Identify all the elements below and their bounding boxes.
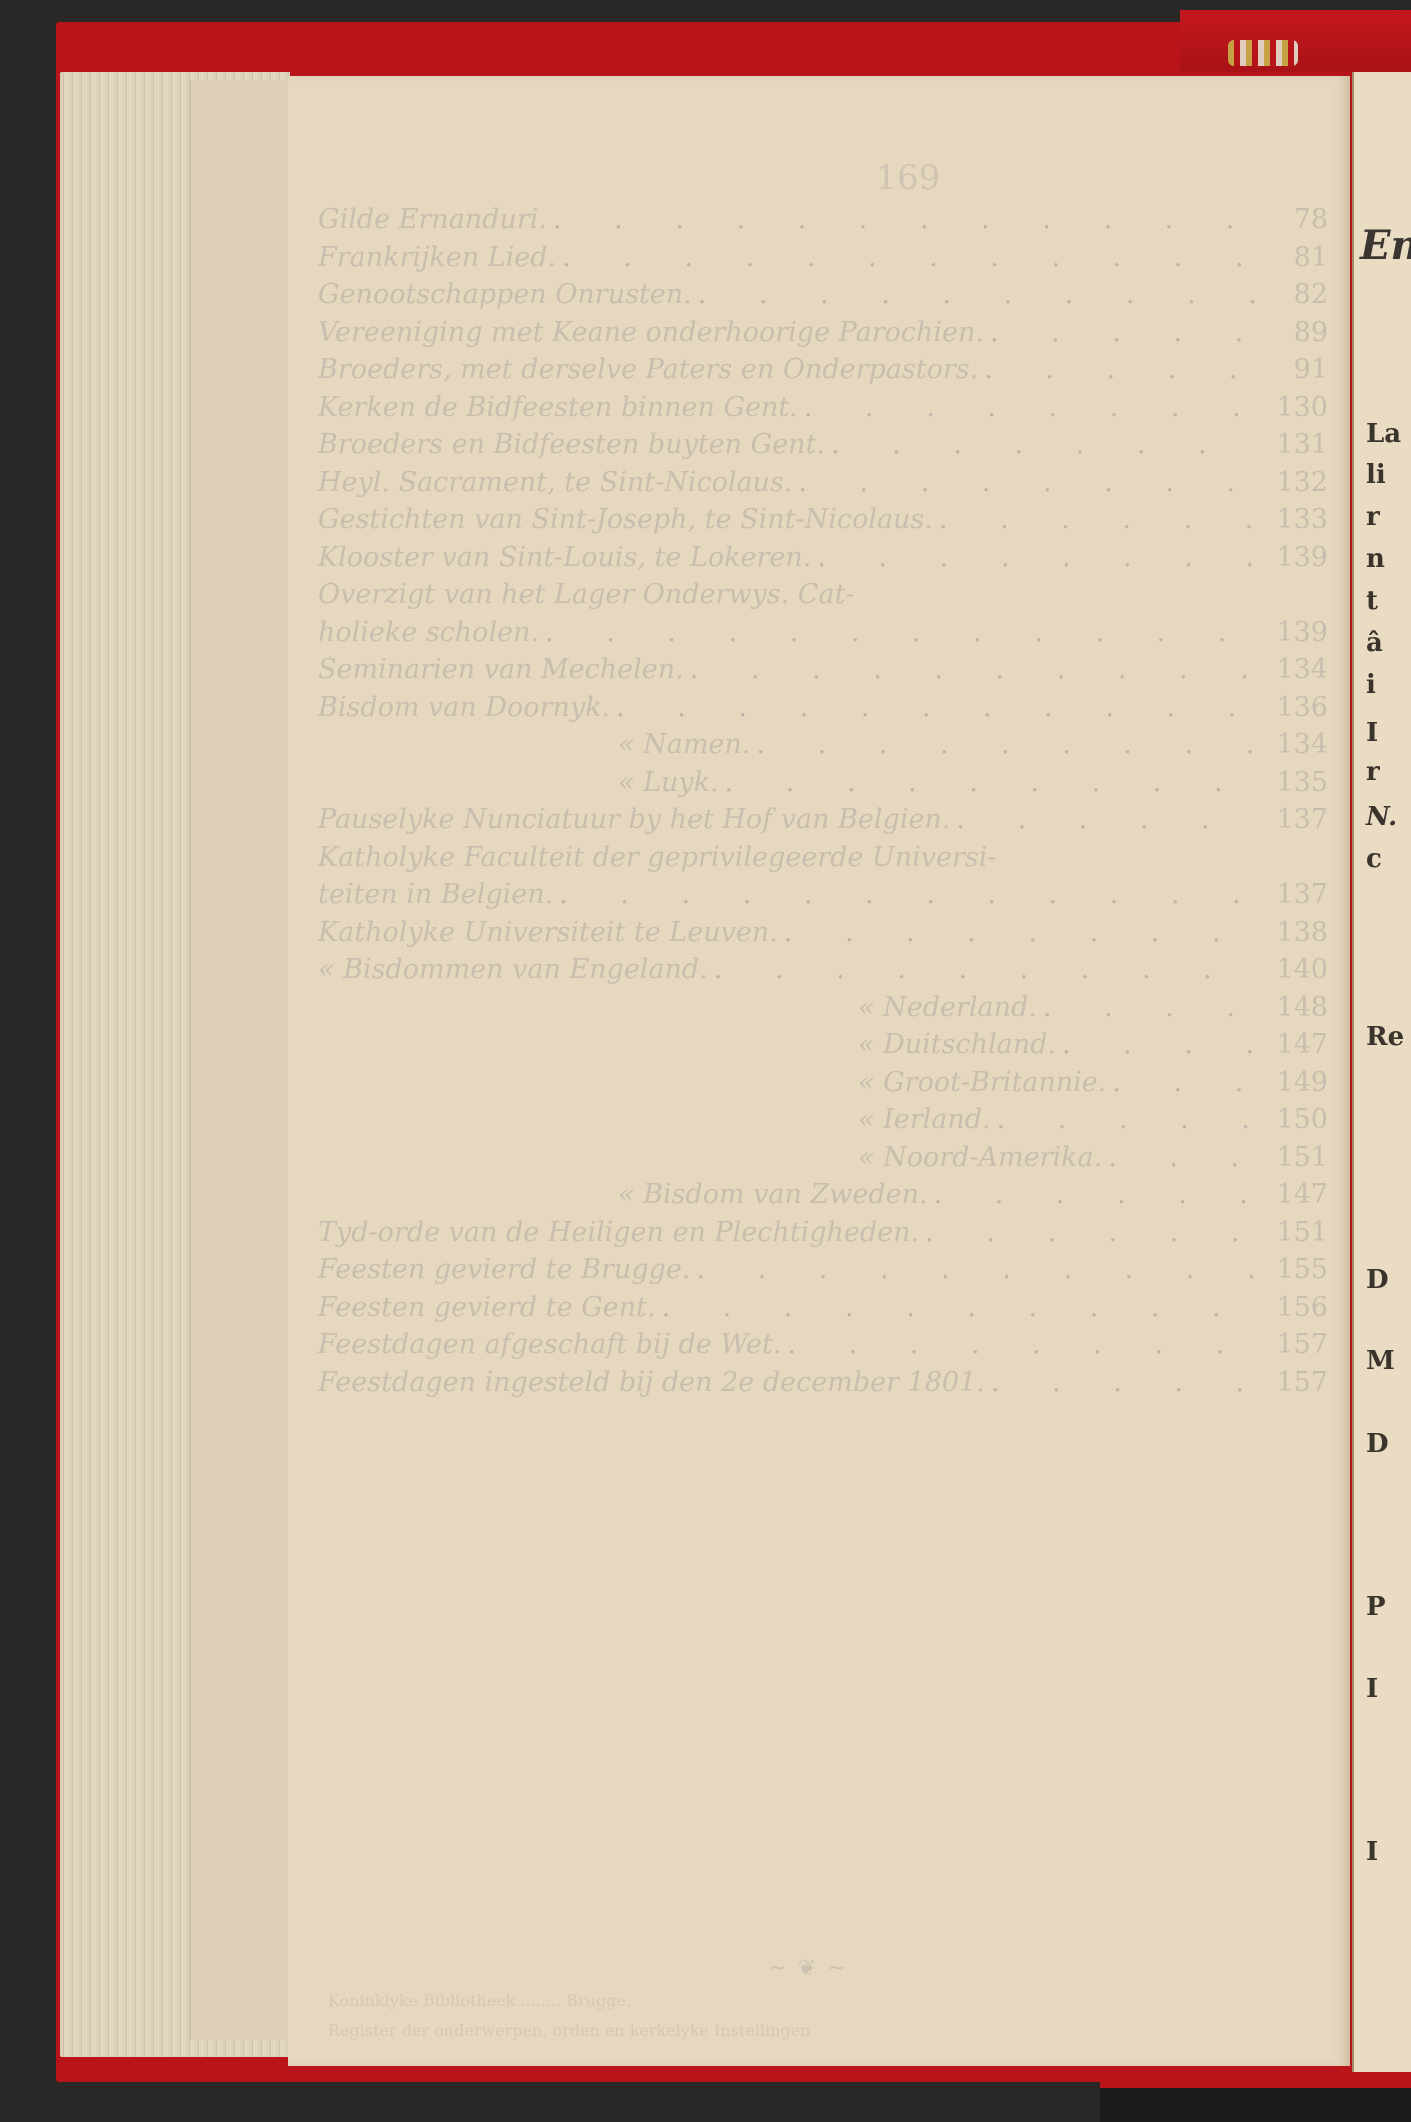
right-page-text-fragment: c xyxy=(1366,844,1382,874)
entry-page-number: 151 xyxy=(1268,1142,1328,1173)
entry-page-number: 135 xyxy=(1268,767,1328,798)
leader-dots: . . . . . . . . . . . . . . . . . . . . … xyxy=(756,729,1262,760)
right-page-text-fragment: Re xyxy=(1366,1022,1404,1052)
ornament-divider: ~ ❦ ~ xyxy=(708,1956,908,1981)
entry-text: Overzigt van het Lager Onderwys. Cat- xyxy=(318,579,855,610)
entry-page-number: 156 xyxy=(1268,1292,1328,1323)
entry-text: Feesten gevierd te Gent. xyxy=(318,1292,656,1323)
entry-page-number: 139 xyxy=(1268,542,1328,573)
right-page: En LalirntâiIrN.cReDMDPII xyxy=(1352,72,1411,2072)
entry-page-number: 89 xyxy=(1268,317,1328,348)
entry-page-number: 137 xyxy=(1268,804,1328,835)
left-page: 169 Gilde Ernanduri.. . . . . . . . . . … xyxy=(288,76,1350,2066)
index-entry: Kerken de Bidfeesten binnen Gent.. . . .… xyxy=(318,392,1328,430)
leader-dots: . . . . . . . . . . . . . . . . . . . . … xyxy=(925,1217,1262,1248)
index-entry: Frankrijken Lied.. . . . . . . . . . . .… xyxy=(318,242,1328,280)
entry-text: Genootschappen Onrusten. xyxy=(318,279,692,310)
right-page-text-fragment: P xyxy=(1366,1592,1386,1622)
entry-page-number: 147 xyxy=(1268,1029,1328,1060)
leader-dots: . . . . . . . . . . . . . . . . . . . . … xyxy=(662,1292,1262,1323)
index-entry: Klooster van Sint-Louis, te Lokeren.. . … xyxy=(318,542,1328,580)
leader-dots: . . . . . . . . . . . . . . . . . . . . … xyxy=(804,392,1262,423)
entry-page-number: 78 xyxy=(1268,204,1328,235)
index-entry: Katholyke Faculteit der geprivilegeerde … xyxy=(318,842,1328,880)
index-entry: Feestdagen afgeschaft bij de Wet.. . . .… xyxy=(318,1329,1328,1367)
right-page-text-fragment: i xyxy=(1366,670,1376,700)
leader-dots: . . . . . . . . . . . . . . . . . . . . … xyxy=(817,542,1262,573)
entry-page-number: 157 xyxy=(1268,1329,1328,1360)
entry-text: « Ierland. xyxy=(318,1104,991,1135)
entry-text: Frankrijken Lied. xyxy=(318,242,556,273)
entry-text: Feestdagen ingesteld bij den 2e december… xyxy=(318,1367,985,1398)
index-entry: Broeders, met derselve Paters en Onderpa… xyxy=(318,354,1328,392)
entry-page-number: 139 xyxy=(1268,617,1328,648)
entry-text: Broeders en Bidfeesten buyten Gent. xyxy=(318,429,825,460)
leader-dots: . . . . . . . . . . . . . . . . . . . . … xyxy=(1043,992,1262,1023)
entry-text: Pauselyke Nunciatuur by het Hof van Belg… xyxy=(318,804,950,835)
leader-dots: . . . . . . . . . . . . . . . . . . . . … xyxy=(616,692,1262,723)
entry-page-number: 148 xyxy=(1268,992,1328,1023)
leader-dots: . . . . . . . . . . . . . . . . . . . . … xyxy=(787,1329,1262,1360)
right-page-text-fragment: li xyxy=(1366,460,1386,490)
right-page-text-fragment: n xyxy=(1366,544,1385,574)
entry-text: Heyl. Sacrament, te Sint-Nicolaus. xyxy=(318,467,792,498)
index-entry: Gestichten van Sint-Joseph, te Sint-Nico… xyxy=(318,504,1328,542)
right-page-text-fragment: D xyxy=(1366,1429,1389,1459)
footer-line: Register der onderwerpen, orden en kerke… xyxy=(328,2021,1228,2040)
leader-dots: . . . . . . . . . . . . . . . . . . . . … xyxy=(939,504,1262,535)
entry-page-number: 157 xyxy=(1268,1367,1328,1398)
right-page-text-fragment: I xyxy=(1366,1837,1378,1867)
right-page-text-fragment: r xyxy=(1366,502,1380,532)
leader-dots: . . . . . . . . . . . . . . . . . . . . … xyxy=(1112,1067,1262,1098)
entry-text: « Duitschland. xyxy=(318,1029,1056,1060)
leader-dots: . . . . . . . . . . . . . . . . . . . . … xyxy=(1062,1029,1262,1060)
entry-page-number: 134 xyxy=(1268,729,1328,760)
index-entry: « Namen.. . . . . . . . . . . . . . . . … xyxy=(318,729,1328,767)
leader-dots: . . . . . . . . . . . . . . . . . . . . … xyxy=(984,354,1262,385)
entry-page-number: 131 xyxy=(1268,429,1328,460)
index-entry: « Bisdommen van Engeland.. . . . . . . .… xyxy=(318,954,1328,992)
entry-text: « Luyk. xyxy=(318,767,719,798)
index-entry: « Noord-Amerika.. . . . . . . . . . . . … xyxy=(318,1142,1328,1180)
right-page-text-fragment: I xyxy=(1366,1674,1378,1704)
leader-dots: . . . . . . . . . . . . . . . . . . . . … xyxy=(831,429,1262,460)
headband xyxy=(1228,40,1298,66)
entry-page-number: 133 xyxy=(1268,504,1328,535)
page-stack-edge xyxy=(190,80,291,2040)
index-entry: Genootschappen Onrusten.. . . . . . . . … xyxy=(318,279,1328,317)
footer-line: Koninklyke Bibliotheek ........ Brugge. xyxy=(328,1991,1228,2010)
entry-text: Klooster van Sint-Louis, te Lokeren. xyxy=(318,542,811,573)
leader-dots: . . . . . . . . . . . . . . . . . . . . … xyxy=(698,279,1262,310)
index-entry: Vereeniging met Keane onderhoorige Paroc… xyxy=(318,317,1328,355)
entry-page-number: 130 xyxy=(1268,392,1328,423)
index-entry: « Groot-Britannie.. . . . . . . . . . . … xyxy=(318,1067,1328,1105)
entry-text: Tyd-orde van de Heiligen en Plechtighede… xyxy=(318,1217,919,1248)
leader-dots: . . . . . . . . . . . . . . . . . . . . … xyxy=(1108,1142,1262,1173)
leader-dots: . . . . . . . . . . . . . . . . . . . . … xyxy=(956,804,1262,835)
index-entry: Feestdagen ingesteld bij den 2e december… xyxy=(318,1367,1328,1405)
entry-text: « Noord-Amerika. xyxy=(318,1142,1102,1173)
leader-dots: . . . . . . . . . . . . . . . . . . . . … xyxy=(559,879,1262,910)
page-number: 169 xyxy=(848,158,968,198)
entry-page-number: 149 xyxy=(1268,1067,1328,1098)
leader-dots: . . . . . . . . . . . . . . . . . . . . … xyxy=(934,1179,1262,1210)
entry-page-number: 137 xyxy=(1268,879,1328,910)
entry-text: Kerken de Bidfeesten binnen Gent. xyxy=(318,392,798,423)
index-entry: Pauselyke Nunciatuur by het Hof van Belg… xyxy=(318,804,1328,842)
index-entry: « Nederland.. . . . . . . . . . . . . . … xyxy=(318,992,1328,1030)
leader-dots: . . . . . . . . . . . . . . . . . . . . … xyxy=(991,1367,1262,1398)
index-entry: Broeders en Bidfeesten buyten Gent.. . .… xyxy=(318,429,1328,467)
entry-text: Feesten gevierd te Brugge. xyxy=(318,1254,690,1285)
entry-page-number: 81 xyxy=(1268,242,1328,273)
index-entry: Feesten gevierd te Gent.. . . . . . . . … xyxy=(318,1292,1328,1330)
index-entry: Overzigt van het Lager Onderwys. Cat- xyxy=(318,579,1328,617)
entry-text: Katholyke Universiteit te Leuven. xyxy=(318,917,778,948)
leader-dots: . . . . . . . . . . . . . . . . . . . . … xyxy=(714,954,1262,985)
index-entry: « Luyk.. . . . . . . . . . . . . . . . .… xyxy=(318,767,1328,805)
entry-text: holieke scholen. xyxy=(318,617,539,648)
book-spine-bottom xyxy=(1100,2070,1411,2122)
entry-page-number: 138 xyxy=(1268,917,1328,948)
leader-dots: . . . . . . . . . . . . . . . . . . . . … xyxy=(798,467,1262,498)
leader-dots: . . . . . . . . . . . . . . . . . . . . … xyxy=(725,767,1262,798)
leader-dots: . . . . . . . . . . . . . . . . . . . . … xyxy=(690,654,1262,685)
entry-text: Gilde Ernanduri. xyxy=(318,204,547,235)
index-entry: Feesten gevierd te Brugge.. . . . . . . … xyxy=(318,1254,1328,1292)
entry-text: « Groot-Britannie. xyxy=(318,1067,1106,1098)
right-page-text-fragment: M xyxy=(1366,1346,1395,1376)
entry-page-number: 134 xyxy=(1268,654,1328,685)
entry-page-number: 147 xyxy=(1268,1179,1328,1210)
entry-page-number: 155 xyxy=(1268,1254,1328,1285)
right-page-title: En xyxy=(1360,222,1411,269)
index-entry: « Duitschland.. . . . . . . . . . . . . … xyxy=(318,1029,1328,1067)
index-entry: Katholyke Universiteit te Leuven.. . . .… xyxy=(318,917,1328,955)
entry-text: Gestichten van Sint-Joseph, te Sint-Nico… xyxy=(318,504,933,535)
entry-text: « Nederland. xyxy=(318,992,1037,1023)
entry-text: « Bisdom van Zweden. xyxy=(318,1179,928,1210)
index-entry: « Ierland.. . . . . . . . . . . . . . . … xyxy=(318,1104,1328,1142)
leader-dots: . . . . . . . . . . . . . . . . . . . . … xyxy=(997,1104,1262,1135)
entry-text: Broeders, met derselve Paters en Onderpa… xyxy=(318,354,978,385)
right-page-text-fragment: â xyxy=(1366,628,1383,658)
index-entry: Seminarien van Mechelen.. . . . . . . . … xyxy=(318,654,1328,692)
entry-page-number: 150 xyxy=(1268,1104,1328,1135)
entry-page-number: 82 xyxy=(1268,279,1328,310)
index-list: Gilde Ernanduri.. . . . . . . . . . . . … xyxy=(318,204,1328,1404)
entry-text: Bisdom van Doornyk. xyxy=(318,692,610,723)
leader-dots: . . . . . . . . . . . . . . . . . . . . … xyxy=(545,617,1262,648)
index-entry: holieke scholen.. . . . . . . . . . . . … xyxy=(318,617,1328,655)
right-page-text-fragment: D xyxy=(1366,1265,1389,1295)
entry-text: Vereeniging met Keane onderhoorige Paroc… xyxy=(318,317,984,348)
entry-text: teiten in Belgien. xyxy=(318,879,553,910)
leader-dots: . . . . . . . . . . . . . . . . . . . . … xyxy=(553,204,1262,235)
index-entry: Gilde Ernanduri.. . . . . . . . . . . . … xyxy=(318,204,1328,242)
entry-text: Feestdagen afgeschaft bij de Wet. xyxy=(318,1329,781,1360)
index-entry: Bisdom van Doornyk.. . . . . . . . . . .… xyxy=(318,692,1328,730)
index-entry: teiten in Belgien.. . . . . . . . . . . … xyxy=(318,879,1328,917)
right-page-text-fragment: La xyxy=(1366,419,1401,449)
entry-text: « Namen. xyxy=(318,729,750,760)
entry-text: « Bisdommen van Engeland. xyxy=(318,954,708,985)
right-page-text-fragment: t xyxy=(1366,586,1378,616)
index-entry: « Bisdom van Zweden.. . . . . . . . . . … xyxy=(318,1179,1328,1217)
leader-dots: . . . . . . . . . . . . . . . . . . . . … xyxy=(562,242,1262,273)
entry-page-number: 91 xyxy=(1268,354,1328,385)
entry-page-number: 136 xyxy=(1268,692,1328,723)
entry-text: Katholyke Faculteit der geprivilegeerde … xyxy=(318,842,996,873)
index-entry: Heyl. Sacrament, te Sint-Nicolaus.. . . … xyxy=(318,467,1328,505)
entry-page-number: 151 xyxy=(1268,1217,1328,1248)
right-page-text-fragment: r xyxy=(1366,757,1380,787)
leader-dots: . . . . . . . . . . . . . . . . . . . . … xyxy=(696,1254,1262,1285)
entry-text: Seminarien van Mechelen. xyxy=(318,654,684,685)
index-entry: Tyd-orde van de Heiligen en Plechtighede… xyxy=(318,1217,1328,1255)
entry-page-number: 132 xyxy=(1268,467,1328,498)
right-page-text-fragment: N. xyxy=(1366,802,1397,832)
entry-page-number: 140 xyxy=(1268,954,1328,985)
leader-dots: . . . . . . . . . . . . . . . . . . . . … xyxy=(784,917,1262,948)
leader-dots: . . . . . . . . . . . . . . . . . . . . … xyxy=(990,317,1262,348)
right-page-text-fragment: I xyxy=(1366,718,1378,748)
